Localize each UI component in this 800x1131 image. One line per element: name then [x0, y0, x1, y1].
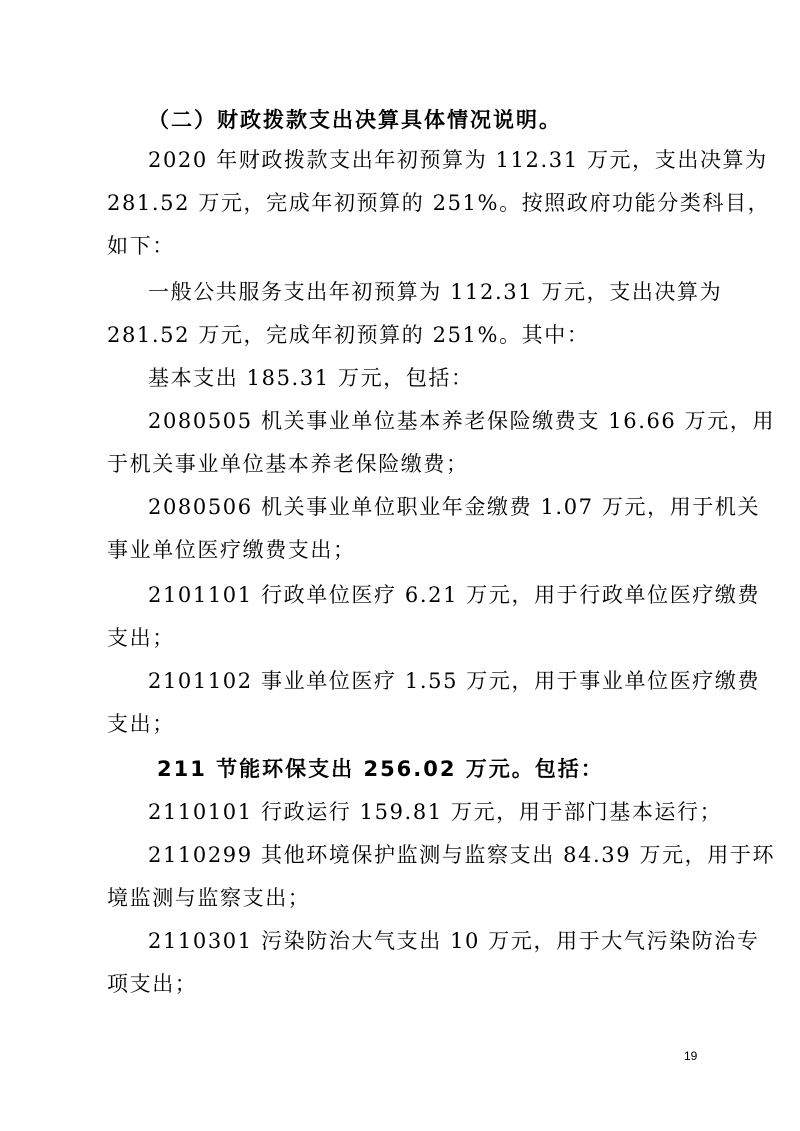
paragraph-line: 支出； [107, 712, 175, 736]
paragraph-line: 项支出； [107, 972, 197, 996]
paragraph-line: 基本支出 185.31 万元，包括： [148, 366, 474, 390]
paragraph-line: 于机关事业单位基本养老保险缴费； [107, 452, 469, 476]
paragraph-line: 2110101 行政运行 159.81 万元，用于部门基本运行； [148, 800, 722, 824]
paragraph-line: 281.52 万元，完成年初预算的 251%。其中： [107, 323, 589, 347]
paragraph-line: 2101101 行政单位医疗 6.21 万元，用于行政单位医疗缴费 [148, 583, 760, 607]
paragraph-line: 211 节能环保支出 256.02 万元。包括： [157, 757, 604, 781]
document-page: （二）财政拨款支出决算具体情况说明。 2020 年财政拨款支出年初预算为 112… [0, 0, 800, 1131]
paragraph-line: 2020 年财政拨款支出年初预算为 112.31 万元，支出决算为 [148, 148, 768, 172]
paragraph-line: 281.52 万元，完成年初预算的 251%。按照政府功能分类科目， [107, 191, 770, 215]
paragraph-line: 支出； [107, 626, 175, 650]
page-number: 19 [684, 1049, 697, 1063]
paragraph-line: 事业单位医疗缴费支出； [107, 538, 356, 562]
paragraph-line: 一般公共服务支出年初预算为 112.31 万元，支出决算为 [148, 280, 722, 304]
paragraph-line: 如下： [107, 234, 175, 258]
paragraph-line: 境监测与监察支出； [107, 886, 310, 910]
paragraph-line: 2101102 事业单位医疗 1.55 万元，用于事业单位医疗缴费 [148, 669, 760, 693]
paragraph-line: 2080506 机关事业单位职业年金缴费 1.07 万元，用于机关 [148, 495, 760, 519]
paragraph-line: 2080505 机关事业单位基本养老保险缴费支 16.66 万元，用 [148, 409, 775, 433]
paragraph-line: 2110301 污染防治大气支出 10 万元，用于大气污染防治专 [148, 929, 759, 953]
paragraph-line: 2110299 其他环境保护监测与监察支出 84.39 万元，用于环 [148, 843, 775, 867]
section-heading: （二）财政拨款支出决算具体情况说明。 [148, 108, 562, 132]
